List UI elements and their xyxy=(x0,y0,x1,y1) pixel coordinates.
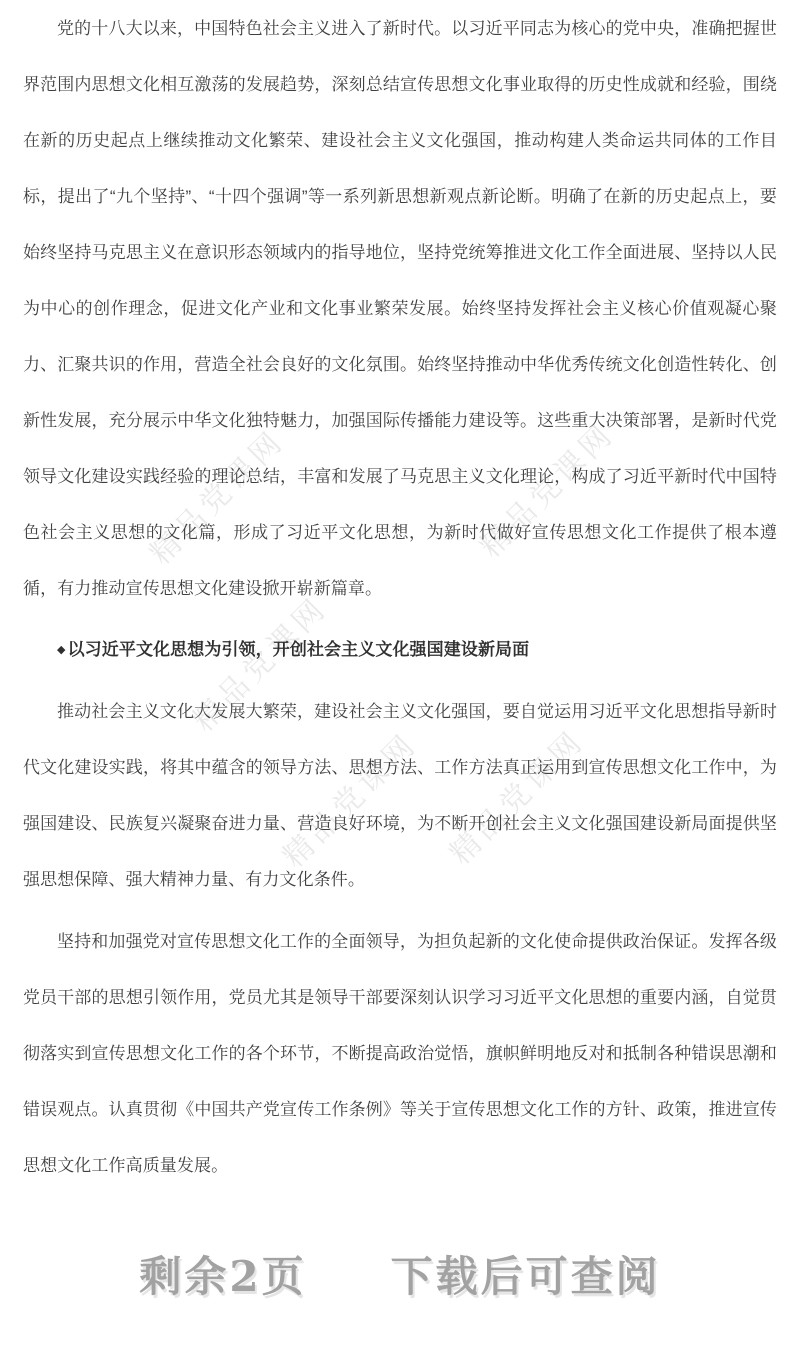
paragraph-guidance: 推动社会主义文化大发展大繁荣，建设社会主义文化强国，要自觉运用习近平文化思想指导… xyxy=(23,684,777,908)
document-body: 党的十八大以来，中国特色社会主义进入了新时代。以习近平同志为核心的党中央，准确把… xyxy=(0,0,800,1194)
section-heading: ◆以习近平文化思想为引领，开创社会主义文化强国建设新局面 xyxy=(23,622,777,678)
paragraph-intro: 党的十八大以来，中国特色社会主义进入了新时代。以习近平同志为核心的党中央，准确把… xyxy=(23,1,777,617)
document-page: 精品党课网 精品党课网 精品党课网 精品党课网 精品党课网 党的十八大以来，中国… xyxy=(0,0,800,1369)
section-heading-text: 以习近平文化思想为引领，开创社会主义文化强国建设新局面 xyxy=(68,640,530,659)
remaining-pages-label: 剩余2页 xyxy=(139,1244,306,1304)
diamond-bullet-icon: ◆ xyxy=(57,644,66,656)
download-hint-label: 下载后可查阅 xyxy=(391,1244,661,1304)
paragraph-leadership: 坚持和加强党对宣传思想文化工作的全面领导，为担负起新的文化使命提供政治保证。发挥… xyxy=(23,914,777,1194)
remaining-pages-banner: 剩余2页 下载后可查阅 xyxy=(0,1244,800,1304)
